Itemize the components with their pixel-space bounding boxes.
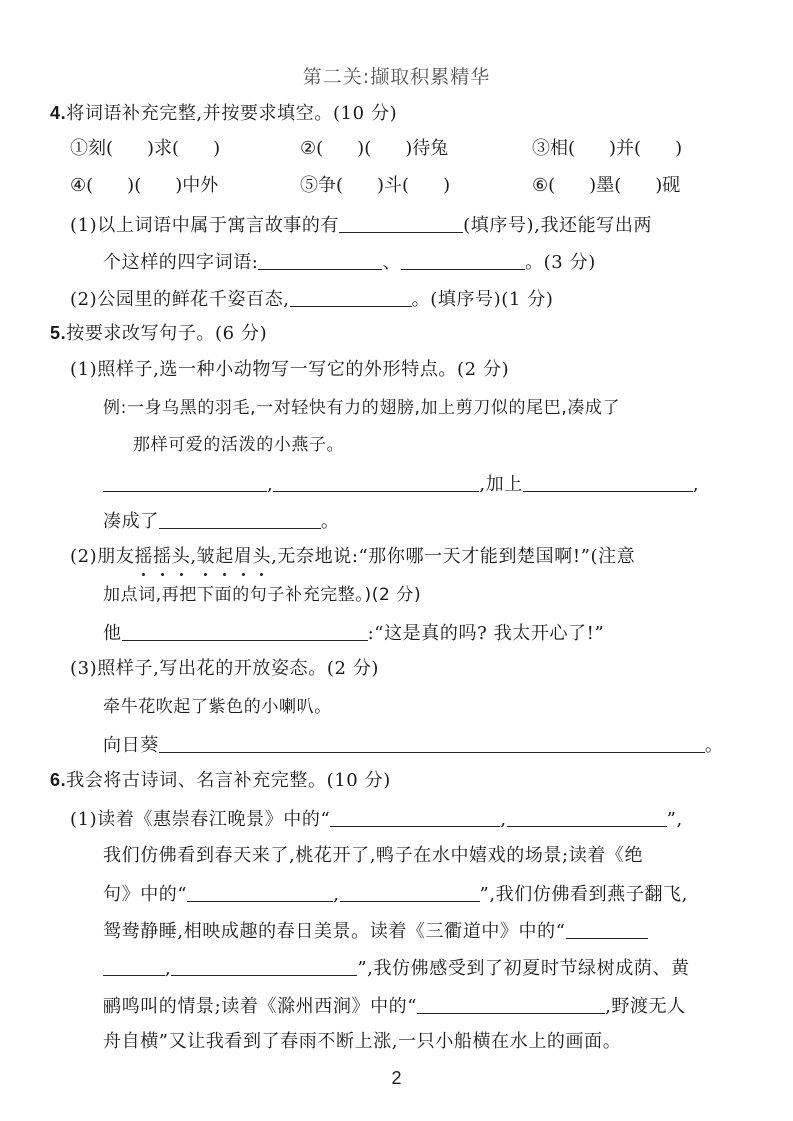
q5-sub1-prompt: (1)照样子,选一种小动物写一写它的外形特点。(2 分) bbox=[70, 358, 509, 382]
word-part: )砚 bbox=[655, 175, 680, 196]
q6-heading: 6.我会将古诗词、名言补充完整。(10 分) bbox=[50, 768, 391, 793]
section-title: 第二关:撷取积累精华 bbox=[0, 62, 793, 89]
q4-word-1: ①刻()求() bbox=[70, 137, 220, 161]
q4-sub1-text: 个这样的四字词语: bbox=[103, 252, 258, 273]
emphasis-dot: 起 bbox=[215, 546, 234, 567]
q5-sub3-fill: 向日葵。 bbox=[103, 732, 723, 758]
q6-text: ”,我仿佛感受到了初夏时节绿树成荫、黄 bbox=[357, 958, 689, 979]
q4-word-5: ⑤争()斗() bbox=[300, 174, 450, 198]
poem-blank-1[interactable] bbox=[330, 806, 500, 827]
q6-text: 鸳鸯静睡,相映成趣的春日美景。读着《三衢道中》中的“ bbox=[103, 921, 566, 942]
flower-answer-blank[interactable] bbox=[290, 286, 412, 307]
poem-blank-4[interactable] bbox=[340, 881, 480, 902]
q4-word-6: ⑥()墨()砚 bbox=[532, 174, 680, 198]
emphasis-dot: 眉 bbox=[234, 546, 253, 567]
q4-sub2: (2)公园里的鲜花千姿百态,。(填序号)(1 分) bbox=[70, 286, 554, 312]
word-part: )求( bbox=[147, 138, 179, 159]
dotted-word-shake-head: 摇摇头 bbox=[135, 546, 191, 567]
q5-sub2-line1: (2)朋友摇摇头,皱起眉头,无奈地说:“那你哪一天才能到楚国啊!”(注意 bbox=[70, 545, 635, 569]
q4-prompt: 将词语补充完整,并按要求填空。(10 分) bbox=[66, 103, 397, 124]
q4-heading: 4.将词语补充完整,并按要求填空。(10 分) bbox=[50, 101, 397, 126]
q6-prompt: 我会将古诗词、名言补充完整。(10 分) bbox=[66, 770, 391, 791]
word-part: )斗( bbox=[377, 175, 409, 196]
word-part: )并( bbox=[609, 138, 641, 159]
emphasis-dot: 头 bbox=[252, 546, 271, 567]
q6-text: ,野渡无人 bbox=[605, 996, 686, 1017]
q5-sub2-text: 他 bbox=[103, 623, 122, 644]
emphasis-dot: 皱 bbox=[197, 546, 216, 567]
poem-blank-5b[interactable] bbox=[103, 955, 165, 976]
word-part: )待兔 bbox=[405, 138, 448, 159]
word-part: )( bbox=[357, 138, 371, 159]
q5-sub2-fill: 他:“这是真的吗? 我太开心了!” bbox=[103, 620, 604, 646]
emphasis-dot: 摇 bbox=[135, 546, 154, 567]
q4-sub1-line2: 个这样的四字词语:、。(3 分) bbox=[103, 249, 596, 275]
q6-text: (1)读着《惠崇春江晚景》中的“ bbox=[70, 809, 330, 830]
dotted-word-frown: 皱起眉头 bbox=[197, 546, 271, 567]
word-index: ④ bbox=[70, 175, 86, 196]
q4-number: 4. bbox=[50, 103, 66, 123]
punct: 。 bbox=[321, 511, 340, 532]
q5-sub2-text: ,无奈地说:“那你哪一天才能到楚国啊!”(注意 bbox=[271, 546, 635, 567]
q5-sub2-line2: 加点词,再把下面的句子补充完整。)(2 分) bbox=[103, 583, 421, 607]
q4-sub1-line1: (1)以上词语中属于寓言故事的有(填序号),我还能写出两 bbox=[70, 212, 652, 238]
q6-line7: 舟自横”又让我看到了春雨不断上涨,一只小船横在水上的画面。 bbox=[103, 1030, 621, 1054]
q5-sub1-text: 凑成了 bbox=[103, 511, 159, 532]
q6-line4: 鸳鸯静睡,相映成趣的春日美景。读着《三衢道中》中的“ bbox=[103, 918, 648, 944]
word-index: ② bbox=[300, 138, 316, 159]
q5-sub1-example-2: 那样可爱的活泼的小燕子。 bbox=[133, 433, 344, 457]
appearance-blank-3[interactable] bbox=[523, 471, 693, 492]
word-index: ⑥ bbox=[532, 175, 548, 196]
q5-heading: 5.按要求改写句子。(6 分) bbox=[50, 321, 267, 346]
word-part: ( bbox=[316, 138, 323, 159]
word-part: 相( bbox=[550, 138, 575, 159]
q6-text: 句》中的“ bbox=[103, 884, 187, 905]
q6-number: 6. bbox=[50, 770, 66, 790]
q5-sub2-text: (2)朋友 bbox=[70, 546, 135, 567]
q6-text: ”,我们仿佛看到燕子翻飞, bbox=[480, 884, 688, 905]
word-part: ) bbox=[443, 175, 450, 196]
idiom-blank-2[interactable] bbox=[401, 249, 525, 270]
word-part: )( bbox=[127, 175, 141, 196]
poem-blank-2[interactable] bbox=[507, 806, 667, 827]
punct: , bbox=[190, 546, 196, 567]
q5-sub1-fill-row-2: 凑成了。 bbox=[103, 508, 339, 534]
word-part: ) bbox=[675, 138, 682, 159]
poem-blank-6[interactable] bbox=[171, 955, 357, 976]
q4-sub1-text: 。(3 分) bbox=[525, 252, 596, 273]
q5-sub1-text: ,加上 bbox=[479, 474, 523, 495]
word-part: ) bbox=[213, 138, 220, 159]
q4-word-3: ③相()并() bbox=[532, 137, 682, 161]
poem-blank-7[interactable] bbox=[417, 993, 605, 1014]
punct: ”, bbox=[667, 809, 683, 830]
fable-answer-blank[interactable] bbox=[339, 212, 463, 233]
word-part: 争( bbox=[318, 175, 343, 196]
reaction-blank[interactable] bbox=[122, 620, 368, 641]
q5-sub2-text: :“这是真的吗? 我太开心了!” bbox=[368, 623, 605, 644]
word-part: 刻( bbox=[88, 138, 113, 159]
q4-sub1-text: (1)以上词语中属于寓言故事的有 bbox=[70, 215, 339, 236]
sunflower-blank[interactable] bbox=[159, 732, 705, 753]
appearance-blank-2[interactable] bbox=[273, 471, 479, 492]
appearance-blank-1[interactable] bbox=[103, 471, 267, 492]
punct: 。 bbox=[705, 735, 724, 756]
q6-line6: 鹂鸣叫的情景;读着《滁州西涧》中的“,野渡无人 bbox=[103, 993, 686, 1019]
q5-prompt: 按要求改写句子。(6 分) bbox=[66, 323, 267, 344]
q6-text: 鹂鸣叫的情景;读着《滁州西涧》中的“ bbox=[103, 996, 417, 1017]
word-part: ( bbox=[86, 175, 93, 196]
q4-sub2-text: (2)公园里的鲜花千姿百态, bbox=[70, 289, 290, 310]
emphasis-dot: 摇 bbox=[153, 546, 172, 567]
idiom-blank-1[interactable] bbox=[258, 249, 382, 270]
emphasis-dot: 头 bbox=[172, 546, 191, 567]
q4-word-2: ②()()待兔 bbox=[300, 137, 448, 161]
q5-sub3-prompt: (3)照样子,写出花的开放姿态。(2 分) bbox=[70, 657, 379, 681]
q5-sub3-example: 牵牛花吹起了紫色的小喇叭。 bbox=[103, 695, 332, 719]
q4-word-4: ④()()中外 bbox=[70, 174, 218, 198]
word-index: ① bbox=[70, 138, 88, 159]
word-part: ( bbox=[548, 175, 555, 196]
punct: , bbox=[693, 474, 699, 495]
poem-blank-3[interactable] bbox=[187, 881, 333, 902]
word-part: )中外 bbox=[175, 175, 218, 196]
page-number: 2 bbox=[0, 1068, 793, 1089]
word-part: )墨( bbox=[589, 175, 621, 196]
word-index: ⑤ bbox=[300, 175, 318, 196]
poem-blank-5a[interactable] bbox=[566, 918, 648, 939]
q4-sub1-text: (填序号),我还能写出两 bbox=[463, 215, 652, 236]
word-index: ③ bbox=[532, 138, 550, 159]
animal-blank[interactable] bbox=[159, 508, 321, 529]
q6-line3: 句》中的“,”,我们仿佛看到燕子翻飞, bbox=[103, 881, 688, 907]
separator: 、 bbox=[382, 252, 401, 273]
q5-sub3-text: 向日葵 bbox=[103, 735, 159, 756]
q5-number: 5. bbox=[50, 323, 66, 343]
q5-sub1-fill-row: ,,加上, bbox=[103, 471, 699, 497]
q4-sub2-text: 。(填序号)(1 分) bbox=[412, 289, 554, 310]
q6-line2: 我们仿佛看到春天来了,桃花开了,鸭子在水中嬉戏的场景;读着《绝 bbox=[103, 844, 643, 868]
q6-line1: (1)读着《惠崇春江晚景》中的“,”, bbox=[70, 806, 683, 832]
q6-line5: ,”,我仿佛感受到了初夏时节绿树成荫、黄 bbox=[103, 955, 690, 981]
q5-sub1-example-1: 例:一身乌黑的羽毛,一对轻快有力的翅膀,加上剪刀似的尾巴,凑成了 bbox=[103, 396, 620, 420]
